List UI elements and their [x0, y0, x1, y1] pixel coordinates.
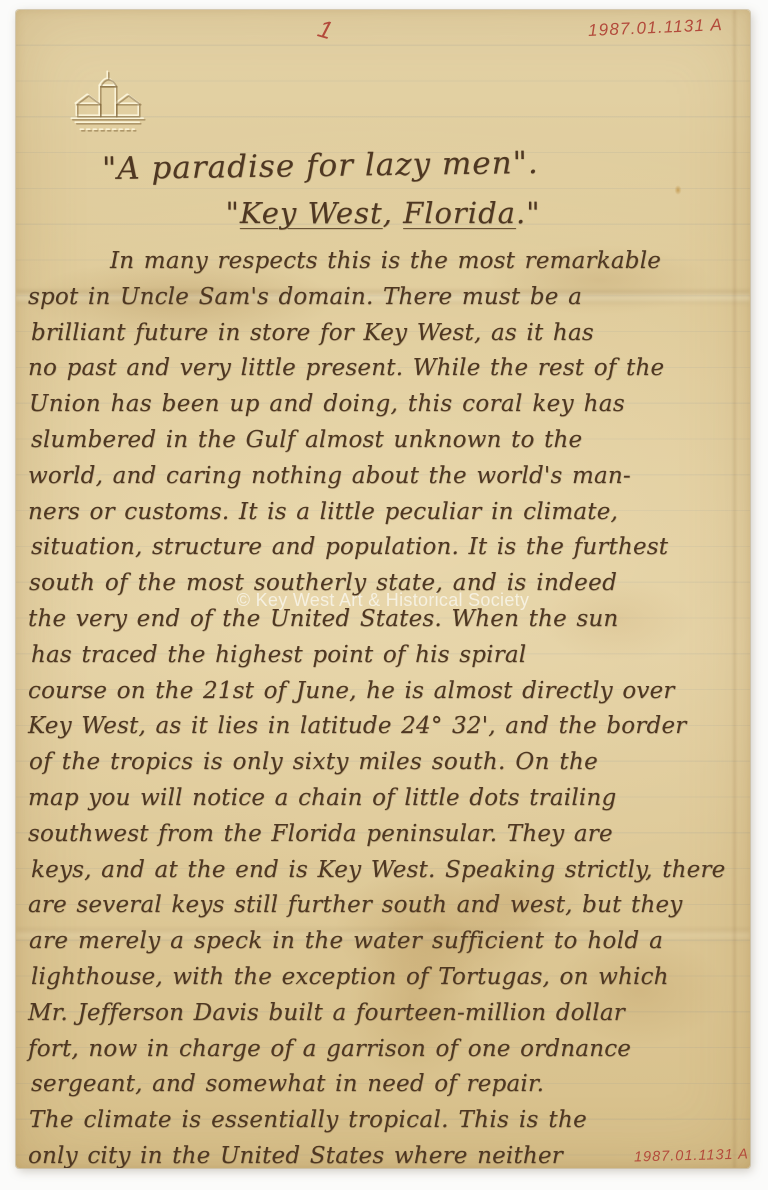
letter-title: "A paradise for lazy men".	[102, 145, 539, 187]
letter-line: fort, now in charge of a garrison of one…	[28, 1032, 746, 1068]
subtitle-open-quote: "	[226, 196, 240, 230]
letter-line: brilliant future in store for Key West, …	[28, 316, 746, 352]
letter-line: Key West, as it lies in latitude 24° 32'…	[28, 709, 746, 745]
accession-number-bottom: 1987.01.1131 A	[634, 1147, 749, 1166]
letter-line: sergeant, and somewhat in need of repair…	[28, 1067, 746, 1103]
letter-line: lighthouse, with the exception of Tortug…	[28, 960, 746, 996]
letter-line: southwest from the Florida peninsular. T…	[28, 817, 746, 853]
letter-line: the very end of the United States. When …	[28, 602, 746, 638]
letter-line: has traced the highest point of his spir…	[28, 638, 746, 674]
scan-background: 1 1987.01.1131 A "A paradise for lazy me…	[0, 0, 768, 1190]
page-number-mark: 1	[314, 15, 335, 47]
letter-line: south of the most southerly state, and i…	[28, 566, 746, 602]
letter-subtitle: "Key West, Florida."	[16, 196, 750, 230]
letter-body: In many respects this is the most remark…	[28, 244, 746, 1168]
subtitle-close-quote: ."	[516, 196, 541, 230]
letter-line: ners or customs. It is a little peculiar…	[28, 495, 746, 531]
letter-line: slumbered in the Gulf almost unknown to …	[28, 423, 746, 459]
letter-line: are merely a speck in the water sufficie…	[28, 924, 746, 960]
letter-line: Union has been up and doing, this coral …	[28, 387, 746, 423]
accession-number-top: 1987.01.1131 A	[588, 15, 724, 41]
subtitle-key-west: Key West	[240, 196, 383, 230]
letter-line: situation, structure and population. It …	[28, 530, 746, 566]
letter-line: Mr. Jefferson Davis built a fourteen-mil…	[28, 996, 746, 1032]
letter-line: of the tropics is only sixty miles south…	[28, 745, 746, 781]
letter-line: no past and very little present. While t…	[28, 351, 746, 387]
letter-line: In many respects this is the most remark…	[28, 244, 746, 280]
letter-line: are several keys still further south and…	[28, 888, 746, 924]
embossed-capitol-seal	[60, 64, 156, 146]
subtitle-florida: Florida	[403, 196, 516, 230]
letter-line: course on the 21st of June, he is almost…	[28, 674, 746, 710]
letter-line: map you will notice a chain of little do…	[28, 781, 746, 817]
letter-line: world, and caring nothing about the worl…	[28, 459, 746, 495]
letter-line: The climate is essentially tropical. Thi…	[28, 1103, 746, 1139]
letter-page: 1 1987.01.1131 A "A paradise for lazy me…	[16, 10, 750, 1168]
letter-line: keys, and at the end is Key West. Speaki…	[28, 853, 746, 889]
subtitle-comma: ,	[383, 196, 403, 230]
letter-line: spot in Uncle Sam's domain. There must b…	[28, 280, 746, 316]
